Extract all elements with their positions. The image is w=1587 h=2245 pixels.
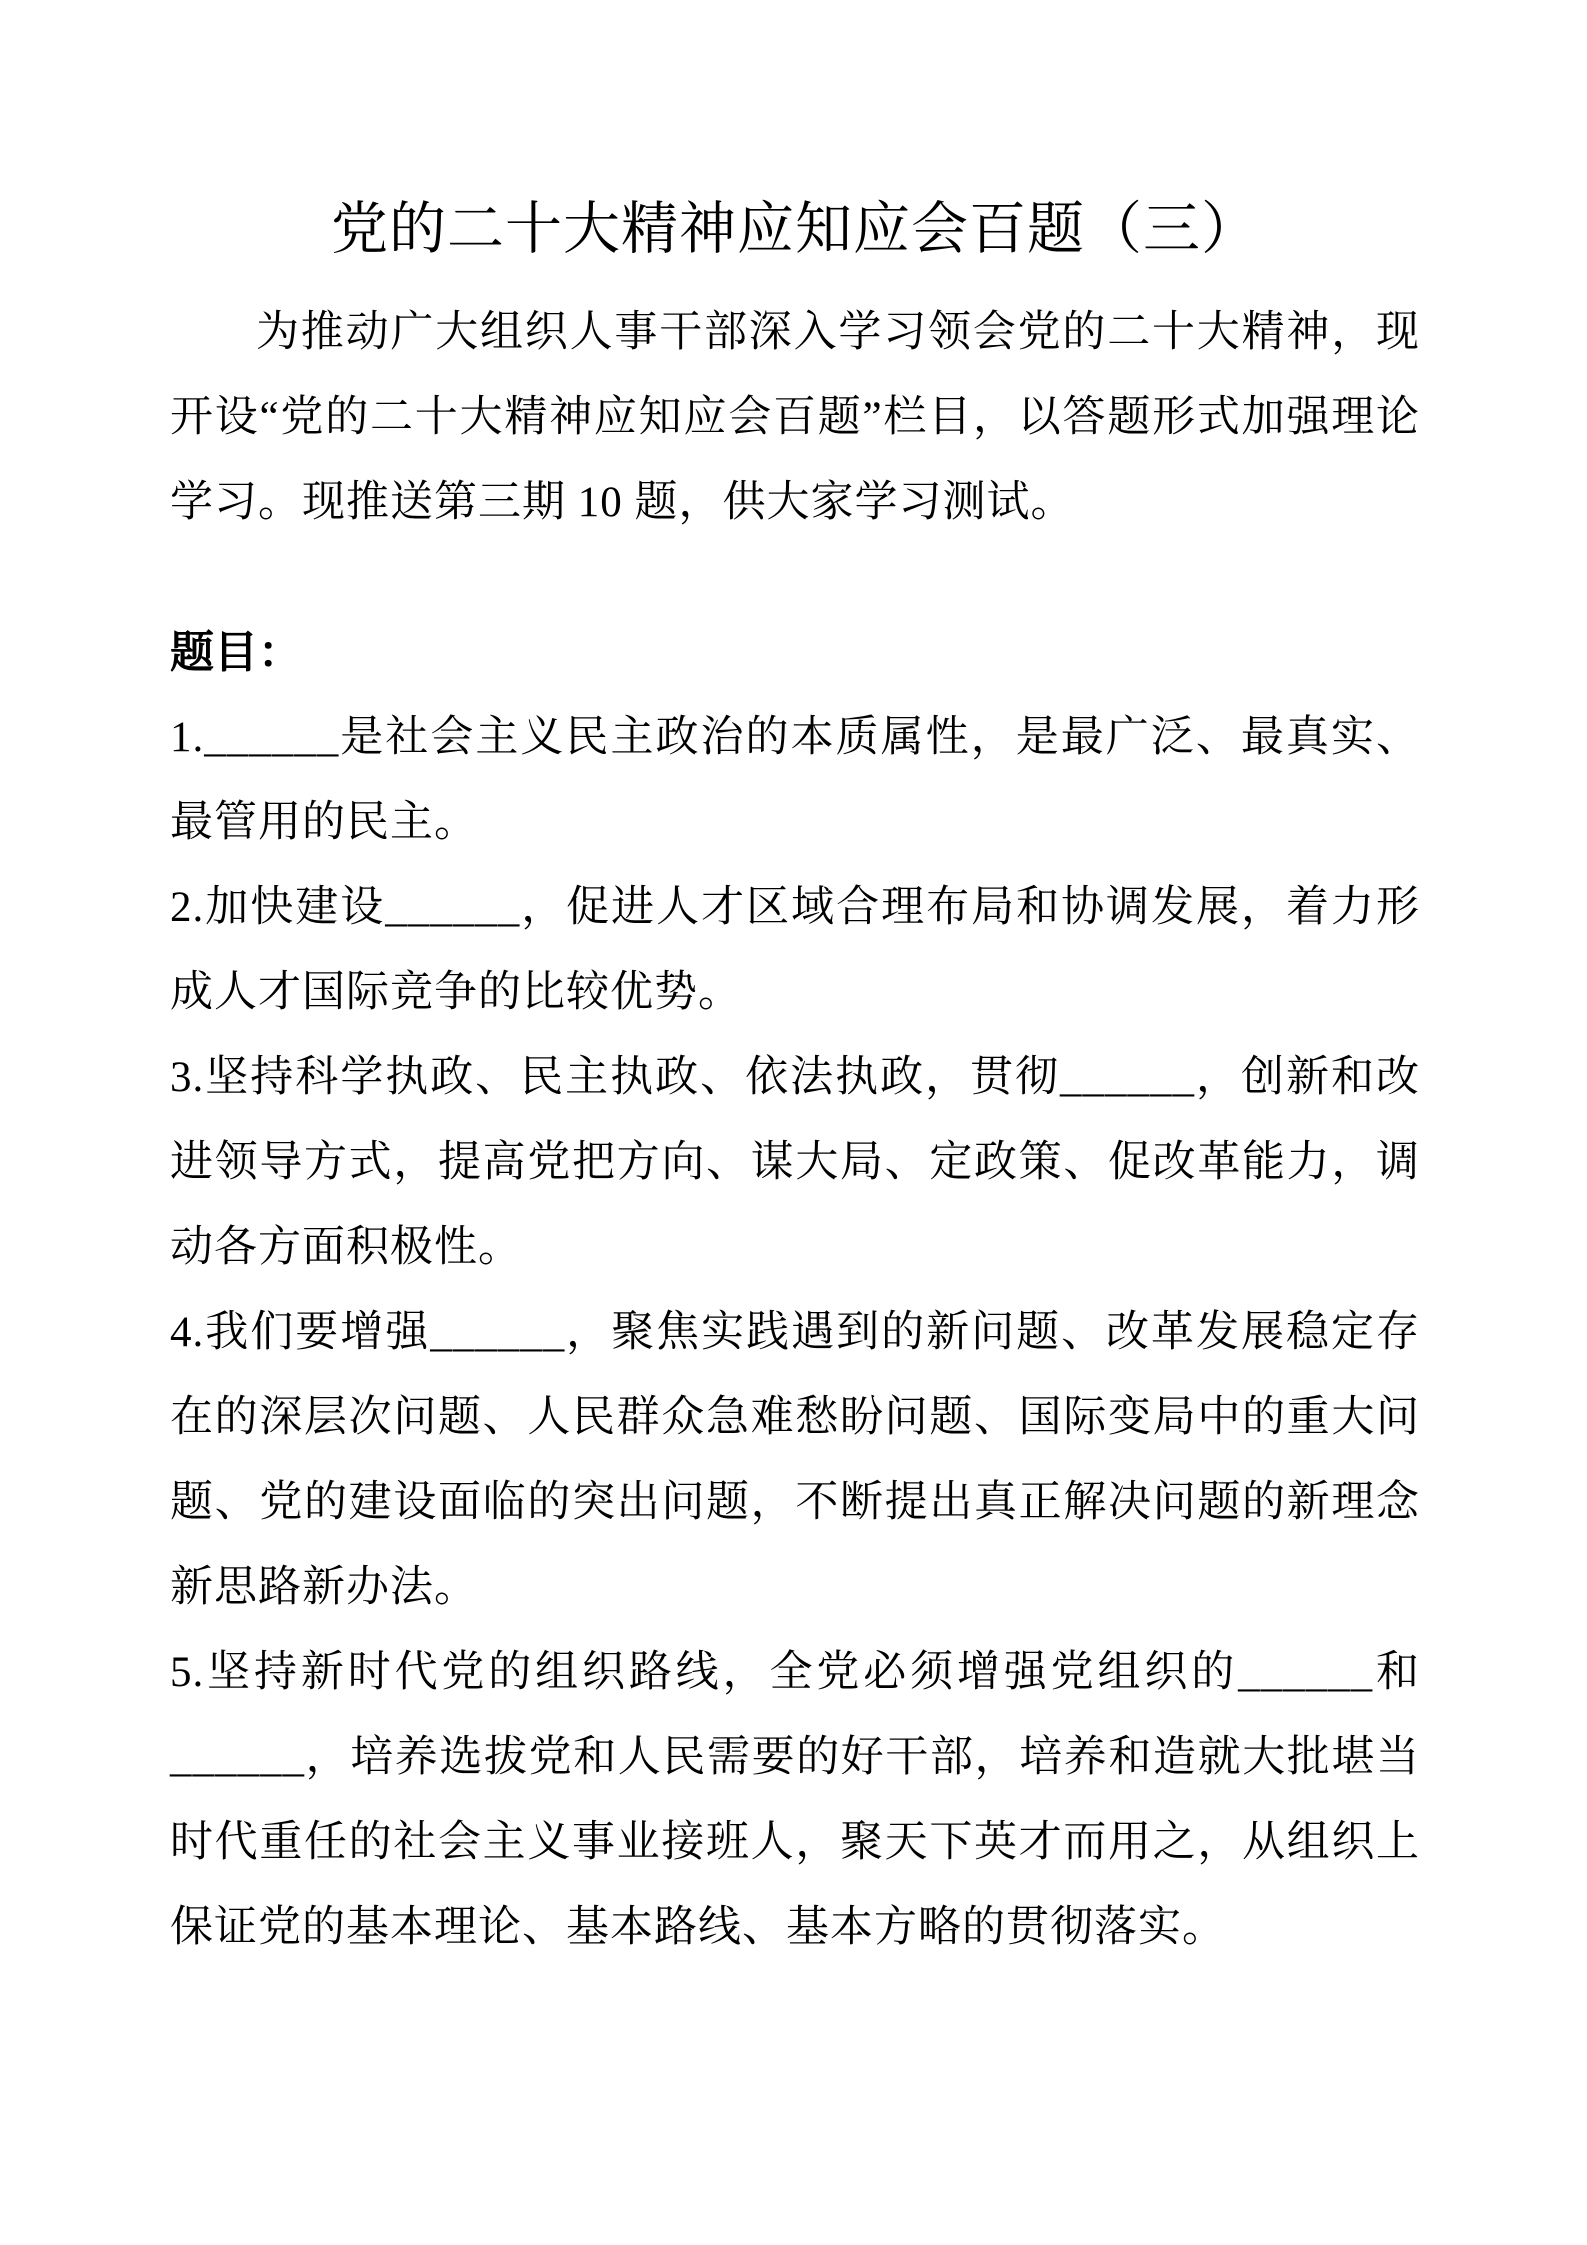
question-1: 1.______是社会主义民主政治的本质属性，是最广泛、最真实、最管用的民主。 <box>170 695 1420 865</box>
question-4: 4.我们要增强______，聚焦实践遇到的新问题、改革发展稳定存在的深层次问题、… <box>170 1290 1420 1630</box>
question-3: 3.坚持科学执政、民主执政、依法执政，贯彻______，创新和改进领导方式，提高… <box>170 1035 1420 1290</box>
question-5: 5.坚持新时代党的组织路线，全党必须增强党组织的______和______，培养… <box>170 1630 1420 1970</box>
document-page: 党的二十大精神应知应会百题（三） 为推动广大组织人事干部深入学习领会党的二十大精… <box>0 0 1587 2245</box>
document-title: 党的二十大精神应知应会百题（三） <box>170 195 1420 265</box>
question-2: 2.加快建设______，促进人才区域合理布局和协调发展，着力形成人才国际竞争的… <box>170 865 1420 1035</box>
section-label: 题目： <box>170 610 1420 695</box>
intro-paragraph: 为推动广大组织人事干部深入学习领会党的二十大精神，现开设“党的二十大精神应知应会… <box>170 290 1420 545</box>
